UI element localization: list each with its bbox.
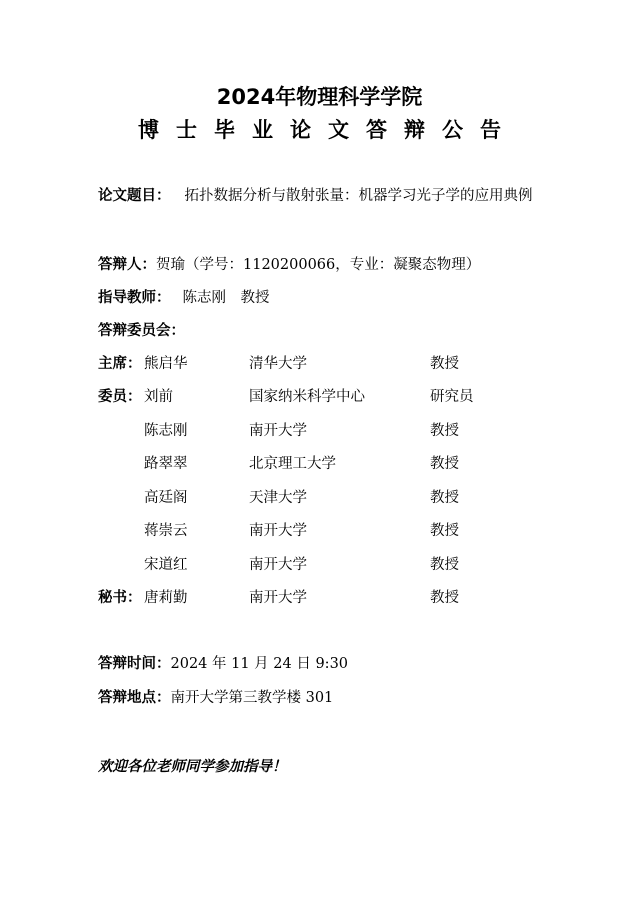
- committee-org: 清华大学: [249, 354, 307, 374]
- committee-name: 熊启华: [144, 354, 188, 374]
- committee-row: 秘书： 唐莉勤 南开大学 教授: [98, 588, 518, 608]
- committee-row: 陈志刚 南开大学 教授: [98, 421, 518, 441]
- committee-title: 教授: [430, 421, 459, 441]
- committee-row: 高廷阁 天津大学 教授: [98, 488, 518, 508]
- committee-org: 南开大学: [249, 521, 307, 541]
- candidate-label: 答辩人：: [98, 257, 156, 273]
- committee-name: 唐莉勤: [144, 588, 188, 608]
- committee-role: 主席：: [98, 354, 142, 374]
- committee-name: 刘前: [144, 387, 173, 407]
- committee-org: 南开大学: [249, 588, 307, 608]
- committee-row: 路翠翠 北京理工大学 教授: [98, 454, 518, 474]
- defense-time-value: 2024 年 11 月 24 日 9:30: [171, 656, 349, 672]
- committee-name: 陈志刚: [144, 421, 188, 441]
- committee-role: 秘书：: [98, 588, 142, 608]
- committee-row: 蒋崇云 南开大学 教授: [98, 521, 518, 541]
- committee-title: 教授: [430, 555, 459, 575]
- advisor-label: 指导教师：: [98, 290, 171, 306]
- committee-role: 委员：: [98, 387, 142, 407]
- committee-name: 路翠翠: [144, 454, 188, 474]
- defense-place-value: 南开大学第三教学楼 301: [171, 690, 334, 706]
- committee-heading: 答辩委员会：: [98, 321, 185, 341]
- page-subtitle: 博士毕业论文答辩公告: [0, 116, 639, 144]
- thesis-title: 拓扑数据分析与散射张量：机器学习光子学的应用典例: [185, 188, 533, 204]
- committee-title: 教授: [430, 354, 459, 374]
- committee-title: 教授: [430, 488, 459, 508]
- advisor-line: 指导教师：陈志刚 教授: [98, 288, 270, 308]
- committee-row: 主席： 熊启华 清华大学 教授: [98, 354, 518, 374]
- thesis-label: 论文题目：: [98, 188, 171, 204]
- defense-place-line: 答辩地点：南开大学第三教学楼 301: [98, 688, 333, 708]
- committee-name: 蒋崇云: [144, 521, 188, 541]
- committee-label: 答辩委员会：: [98, 323, 185, 339]
- defense-place-label: 答辩地点：: [98, 690, 171, 706]
- committee-title: 研究员: [430, 387, 474, 407]
- committee-org: 国家纳米科学中心: [249, 387, 365, 407]
- committee-name: 宋道红: [144, 555, 188, 575]
- committee-name: 高廷阁: [144, 488, 188, 508]
- committee-title: 教授: [430, 588, 459, 608]
- committee-org: 天津大学: [249, 488, 307, 508]
- defense-time-line: 答辩时间：2024 年 11 月 24 日 9:30: [98, 654, 348, 674]
- committee-row: 委员： 刘前 国家纳米科学中心 研究员: [98, 387, 518, 407]
- thesis-line: 论文题目：拓扑数据分析与散射张量：机器学习光子学的应用典例: [98, 186, 533, 206]
- defense-time-label: 答辩时间：: [98, 656, 171, 672]
- committee-org: 北京理工大学: [249, 454, 336, 474]
- page-title: 2024年物理科学学院: [0, 84, 639, 110]
- committee-title: 教授: [430, 521, 459, 541]
- welcome-message: 欢迎各位老师同学参加指导！: [98, 757, 287, 777]
- advisor-value: 陈志刚 教授: [183, 290, 270, 306]
- committee-org: 南开大学: [249, 421, 307, 441]
- committee-row: 宋道红 南开大学 教授: [98, 555, 518, 575]
- candidate-value: 贺瑜（学号：1120200066，专业：凝聚态物理）: [156, 257, 480, 273]
- committee-org: 南开大学: [249, 555, 307, 575]
- candidate-line: 答辩人：贺瑜（学号：1120200066，专业：凝聚态物理）: [98, 255, 480, 275]
- committee-title: 教授: [430, 454, 459, 474]
